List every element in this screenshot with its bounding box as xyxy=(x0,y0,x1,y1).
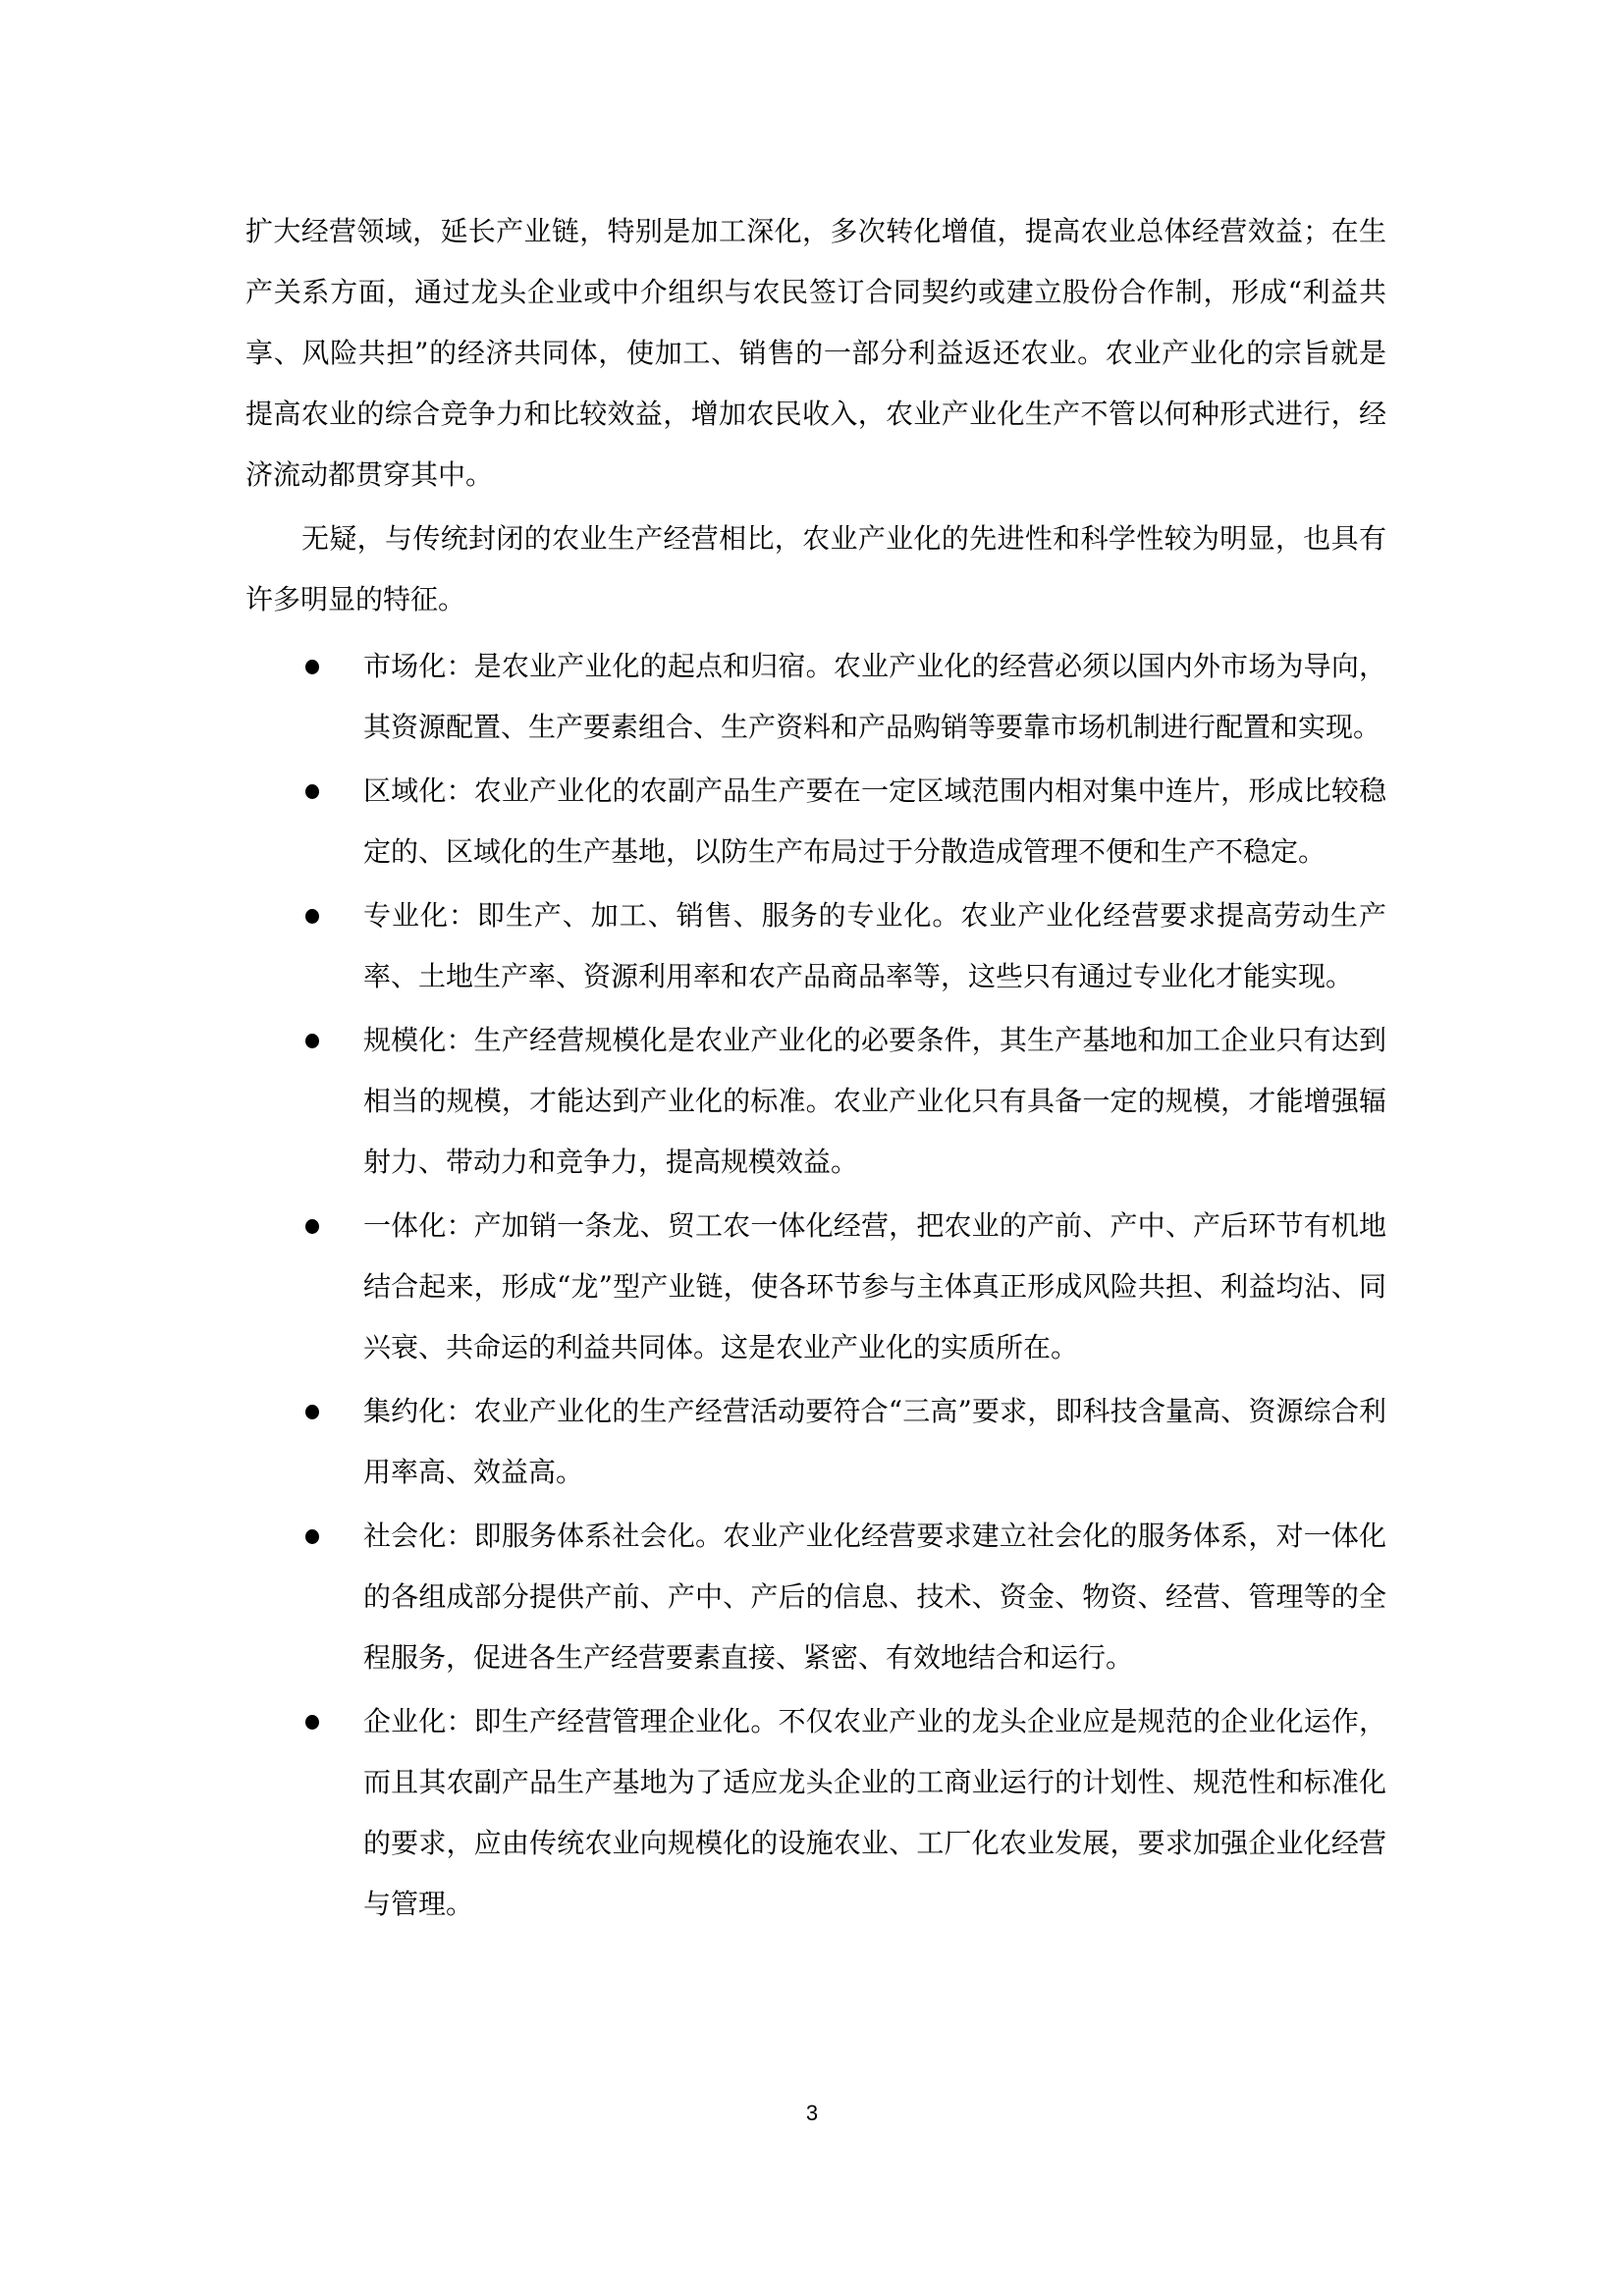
list-item-specialization: 专业化：即生产、加工、销售、服务的专业化。农业产业化经营要求提高劳动生产率、土地… xyxy=(245,885,1386,1007)
list-item-text: 专业化：即生产、加工、销售、服务的专业化。农业产业化经营要求提高劳动生产率、土地… xyxy=(363,899,1386,992)
bullet-icon xyxy=(305,1529,319,1544)
list-item-marketization: 市场化：是农业产业化的起点和归宿。农业产业化的经营必须以国内外市场为导向，其资源… xyxy=(245,636,1386,758)
list-item-text: 规模化：生产经营规模化是农业产业化的必要条件，其生产基地和加工企业只有达到相当的… xyxy=(363,1024,1386,1178)
list-item-regionalization: 区域化：农业产业化的农副产品生产要在一定区域范围内相对集中连片，形成比较稳定的、… xyxy=(245,761,1386,882)
list-item-text: 一体化：产加销一条龙、贸工农一体化经营，把农业的产前、产中、产后环节有机地结合起… xyxy=(363,1209,1386,1363)
page-body: 扩大经营领域，延长产业链，特别是加工深化，多次转化增值，提高农业总体经营效益；在… xyxy=(245,201,1386,1938)
paragraph-continuation: 扩大经营领域，延长产业链，特别是加工深化，多次转化增值，提高农业总体经营效益；在… xyxy=(245,201,1386,506)
list-item-text: 区域化：农业产业化的农副产品生产要在一定区域范围内相对集中连片，形成比较稳定的、… xyxy=(363,774,1386,868)
list-item-text: 市场化：是农业产业化的起点和归宿。农业产业化的经营必须以国内外市场为导向，其资源… xyxy=(363,650,1386,743)
document-page: 扩大经营领域，延长产业链，特别是加工深化，多次转化增值，提高农业总体经营效益；在… xyxy=(0,0,1624,2296)
bullet-icon xyxy=(305,1715,319,1730)
list-item-text: 社会化：即服务体系社会化。农业产业化经营要求建立社会化的服务体系，对一体化的各组… xyxy=(363,1520,1386,1674)
bullet-icon xyxy=(305,1219,319,1234)
list-item-text: 企业化：即生产经营管理企业化。不仅农业产业的龙头企业应是规范的企业化运作，而且其… xyxy=(363,1705,1386,1920)
features-list: 市场化：是农业产业化的起点和归宿。农业产业化的经营必须以国内外市场为导向，其资源… xyxy=(245,636,1386,1935)
bullet-icon xyxy=(305,909,319,924)
page-number: 3 xyxy=(0,2101,1624,2126)
bullet-icon xyxy=(305,1405,319,1419)
list-item-intensification: 集约化：农业产业化的生产经营活动要符合“三高”要求，即科技含量高、资源综合利用率… xyxy=(245,1381,1386,1503)
bullet-icon xyxy=(305,660,319,674)
paragraph-features-intro: 无疑，与传统封闭的农业生产经营相比，农业产业化的先进性和科学性较为明显，也具有许… xyxy=(245,508,1386,630)
bullet-icon xyxy=(305,784,319,799)
list-item-scale: 规模化：生产经营规模化是农业产业化的必要条件，其生产基地和加工企业只有达到相当的… xyxy=(245,1010,1386,1193)
list-item-socialization: 社会化：即服务体系社会化。农业产业化经营要求建立社会化的服务体系，对一体化的各组… xyxy=(245,1506,1386,1688)
list-item-integration: 一体化：产加销一条龙、贸工农一体化经营，把农业的产前、产中、产后环节有机地结合起… xyxy=(245,1196,1386,1378)
list-item-enterprization: 企业化：即生产经营管理企业化。不仅农业产业的龙头企业应是规范的企业化运作，而且其… xyxy=(245,1691,1386,1935)
bullet-icon xyxy=(305,1034,319,1048)
list-item-text: 集约化：农业产业化的生产经营活动要符合“三高”要求，即科技含量高、资源综合利用率… xyxy=(363,1395,1386,1488)
